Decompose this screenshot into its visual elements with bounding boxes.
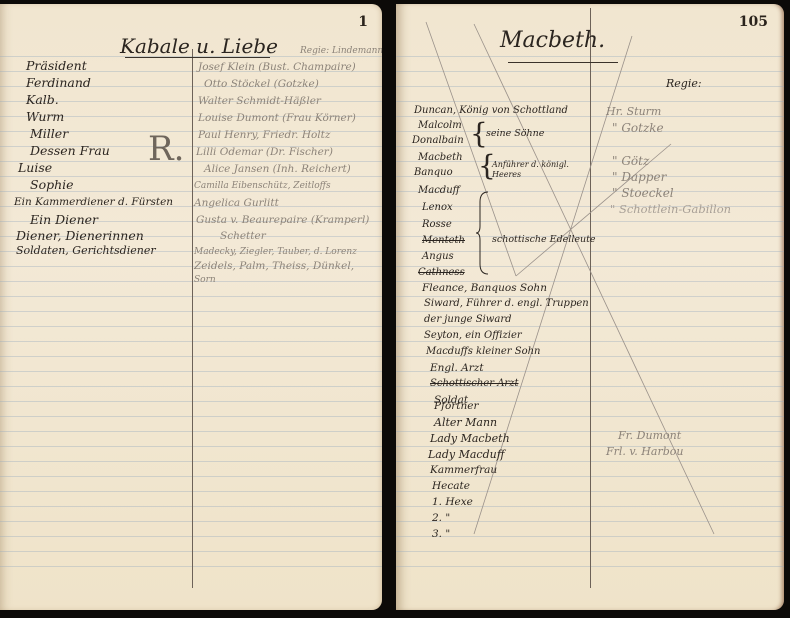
role-name: Kalb. xyxy=(26,92,59,107)
role-name: Pförtner xyxy=(434,400,479,412)
title-underline xyxy=(508,62,618,63)
cast-name: Fr. Dumont xyxy=(618,429,681,442)
cast-name: Hr. Sturm xyxy=(606,105,661,118)
role-name: Malcolm xyxy=(418,120,462,131)
role-name: Cathness xyxy=(418,267,465,278)
role-name: Macduff xyxy=(418,185,460,196)
role-name: Seyton, ein Offizier xyxy=(424,330,522,341)
cast-name: Paul Henry, Friedr. Holtz xyxy=(198,129,330,141)
role-name: Kammerfrau xyxy=(430,464,497,476)
page-title: Macbeth. xyxy=(500,28,605,53)
page-title: Kabale u. Liebe xyxy=(120,34,278,58)
cast-name: Angelica Gurlitt xyxy=(194,197,279,209)
role-name: Donalbain xyxy=(412,135,464,146)
cast-name: Frl. v. Harbou xyxy=(606,445,683,458)
role-name: Soldaten, Gerichtsdiener xyxy=(16,244,156,257)
role-name: Ferdinand xyxy=(26,75,91,90)
role-name: Präsident xyxy=(26,58,87,73)
role-group-note: Anführer d. königl. Heeres xyxy=(492,160,572,180)
cast-name: Alice Jansen (Inh. Reichert) xyxy=(204,163,351,175)
cast-name: Otto Stöckel (Gotzke) xyxy=(204,78,319,90)
cast-name: Walter Schmidt-Häßler xyxy=(198,95,321,107)
margin-mark: R. xyxy=(148,129,184,169)
role-name: Menteth xyxy=(422,235,465,246)
cast-name: " Stoeckel xyxy=(612,186,674,200)
cast-name: " Schottlein-Gabillon xyxy=(610,202,731,216)
role-name: Lenox xyxy=(422,202,453,213)
role-group-note: schottische Edelleute xyxy=(492,234,596,245)
role-name: 1. Hexe xyxy=(432,496,473,508)
role-name: Rosse xyxy=(422,219,452,230)
role-name: Sophie xyxy=(30,177,74,192)
role-name: Lady Macduff xyxy=(428,448,505,461)
cast-name: Madecky, Ziegler, Tauber, d. Lorenz xyxy=(194,247,357,257)
left-page: 1 Kabale u. Liebe Regie: Lindemann R. Pr… xyxy=(0,4,382,610)
brace xyxy=(476,190,490,276)
role-name: Hecate xyxy=(432,480,470,492)
cast-name: Josef Klein (Bust. Champaire) xyxy=(198,61,356,73)
role-name: Miller xyxy=(30,126,68,141)
role-group-note: seine Söhne xyxy=(486,128,544,139)
role-name: Diener, Dienerinnen xyxy=(16,228,144,243)
role-name: Lady Macbeth xyxy=(430,432,510,445)
role-name: Alter Mann xyxy=(434,416,497,429)
role-name: Macduffs kleiner Sohn xyxy=(426,346,540,357)
cast-name: Gusta v. Beaurepaire (Kramperl) xyxy=(196,214,369,226)
regie-note: Regie: Lindemann xyxy=(300,46,382,56)
cast-name: Louise Dumont (Frau Körner) xyxy=(198,112,356,124)
cast-name: " Dapper xyxy=(612,170,666,184)
role-name: Engl. Arzt xyxy=(430,362,484,374)
role-name: Duncan, König von Schottland xyxy=(414,105,568,116)
cast-name: Lilli Odemar (Dr. Fischer) xyxy=(196,146,333,158)
column-divider xyxy=(192,49,193,588)
role-name: Fleance, Banquos Sohn xyxy=(422,282,547,294)
role-name: Ein Diener xyxy=(30,212,98,227)
cast-name: Camilla Eibenschütz, Zeitloffs xyxy=(194,181,331,191)
role-name: Siward, Führer d. engl. Truppen xyxy=(424,298,589,309)
page-number: 1 xyxy=(358,14,368,30)
role-name: Angus xyxy=(422,251,454,262)
role-name: 3. " xyxy=(432,528,450,540)
role-name: Macbeth xyxy=(418,152,463,163)
cast-name: Sorn xyxy=(194,275,216,285)
role-name: Ein Kammerdiener d. Fürsten xyxy=(14,196,173,208)
title-underline xyxy=(125,57,270,58)
regie-label: Regie: xyxy=(666,77,702,90)
role-name: Schottischer Arzt xyxy=(430,378,519,389)
cast-name: Schetter xyxy=(220,230,266,242)
role-name: 2. " xyxy=(432,512,450,524)
role-name: Banquo xyxy=(414,167,453,178)
role-name: der junge Siward xyxy=(424,314,512,325)
cast-name: Zeidels, Palm, Theiss, Dünkel, xyxy=(194,260,354,272)
role-name: Luise xyxy=(18,160,52,175)
cast-name: " Gotzke xyxy=(612,121,664,135)
right-page: 105 Macbeth. Regie: Duncan, König von Sc… xyxy=(396,4,784,610)
role-name: Dessen Frau xyxy=(30,143,110,158)
role-name: Wurm xyxy=(26,109,64,124)
cast-name: " Götz xyxy=(612,154,649,168)
